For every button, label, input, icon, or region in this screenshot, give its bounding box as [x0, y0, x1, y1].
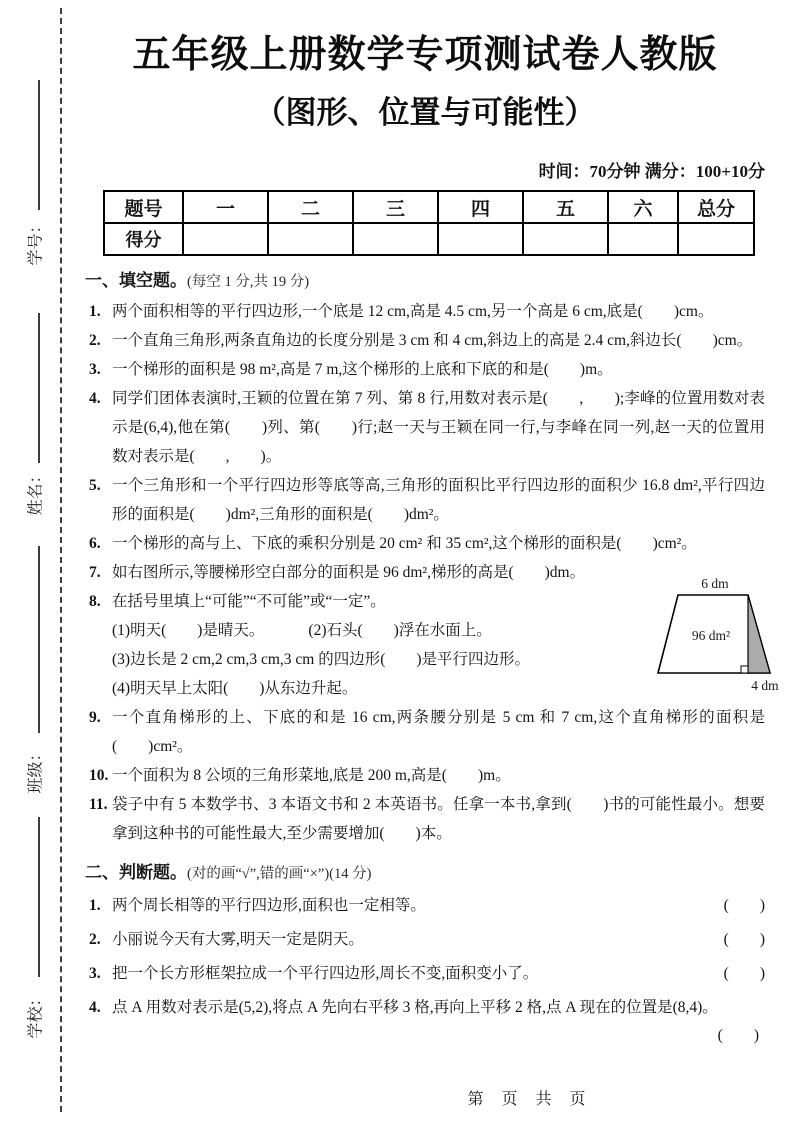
question-text: 点 A 用数对表示是(5,2),将点 A 先向右平移 3 格,再向上平移 2 格…	[112, 999, 718, 1016]
question-number: 9.	[89, 703, 101, 732]
judge-item: 2. 小丽说今天有大雾,明天一定是阴天。 ( )	[85, 923, 765, 957]
question-number: 2.	[89, 923, 101, 957]
section-judge-note: (对的画“√”,错的画“×”)(14 分)	[187, 866, 371, 882]
school-blank-line	[38, 817, 40, 977]
question-number: 8.	[89, 587, 101, 616]
question-number: 10.	[89, 761, 108, 790]
section-fill-title: 一、填空题。	[85, 271, 187, 290]
question-text: 袋子中有 5 本数学书、3 本语文书和 2 本英语书。任拿一本书,拿到( )书的…	[112, 796, 765, 842]
question-text: 一个梯形的高与上、下底的乘积分别是 20 cm² 和 35 cm²,这个梯形的面…	[112, 535, 697, 552]
question-item: 11. 袋子中有 5 本数学书、3 本语文书和 2 本英语书。任拿一本书,拿到(…	[85, 790, 765, 848]
sub-question: (4)明天早上太阳( )从东边升起。	[112, 674, 357, 703]
question-number: 4.	[89, 384, 101, 413]
judge-item: 3. 把一个长方形框架拉成一个平行四边形,周长不变,面积变小了。 ( )	[85, 957, 765, 991]
score-cell	[353, 223, 438, 255]
score-header-cell: 四	[438, 191, 523, 223]
page-footer: 第 页 共 页	[420, 1086, 640, 1109]
score-header-cell: 总分	[678, 191, 754, 223]
answer-bracket: ( )	[112, 1025, 765, 1047]
class-label: 班级：	[23, 744, 46, 796]
question-text: 如右图所示,等腰梯形空白部分的面积是 96 dm²,梯形的高是( )dm。	[112, 564, 585, 581]
figure-top-dimension-label: 6 dm	[701, 576, 729, 591]
name-blank-line	[38, 313, 40, 463]
answer-bracket: ( )	[703, 889, 765, 923]
question-text: 小丽说今天有大雾,明天一定是阴天。	[112, 923, 703, 957]
question-number: 6.	[89, 529, 101, 558]
question-text: 两个周长相等的平行四边形,面积也一定相等。	[112, 889, 703, 923]
score-cell	[608, 223, 678, 255]
score-header-cell: 六	[608, 191, 678, 223]
section-judge-heading: 二、判断题。(对的画“√”,错的画“×”)(14 分)	[85, 858, 765, 889]
question-number: 3.	[89, 957, 101, 991]
question-number: 4.	[89, 991, 101, 1025]
student-no-blank-line	[38, 80, 40, 210]
score-cell	[183, 223, 268, 255]
question-text: 把一个长方形框架拉成一个平行四边形,周长不变,面积变小了。	[112, 957, 703, 991]
page-subtitle: （图形、位置与可能性）	[85, 92, 765, 134]
answer-bracket: ( )	[703, 957, 765, 991]
question-item: 2. 一个直角三角形,两条直角边的长度分别是 3 cm 和 4 cm,斜边上的高…	[85, 326, 765, 355]
question-item: 3. 一个梯形的面积是 98 m²,高是 7 m,这个梯形的上底和下底的和是( …	[85, 355, 765, 384]
judge-item: 4. 点 A 用数对表示是(5,2),将点 A 先向右平移 3 格,再向上平移 …	[85, 991, 765, 1047]
sub-question: (2)石头( )浮在水面上。	[308, 616, 491, 645]
question-item: 10. 一个面积为 8 公顷的三角形菜地,底是 200 m,高是( )m。	[85, 761, 765, 790]
school-label: 学校：	[23, 989, 46, 1041]
sub-question: (3)边长是 2 cm,2 cm,3 cm,3 cm 的四边形( )是平行四边形…	[112, 645, 530, 674]
question-text: 同学们团体表演时,王颖的位置在第 7 列、第 8 行,用数对表示是( , );李…	[112, 390, 765, 465]
section-judge-title: 二、判断题。	[85, 863, 187, 882]
time-score-info: 时间：70分钟 满分：100+10分	[85, 160, 765, 184]
test-paper: 五年级上册数学专项测试卷人教版 （图形、位置与可能性） 时间：70分钟 满分：1…	[85, 30, 765, 1047]
question-text: 两个面积相等的平行四边形,一个底是 12 cm,高是 4.5 cm,另一个高是 …	[112, 303, 713, 320]
question-item: 9. 一个直角梯形的上、下底的和是 16 cm,两条腰分别是 5 cm 和 7 …	[85, 703, 765, 761]
score-header-cell: 二	[268, 191, 353, 223]
question-item: 8. 在括号里填上“可能”“不可能”或“一定”。 (1)明天( )是晴天。(2)…	[85, 587, 625, 703]
question-item: 1. 两个面积相等的平行四边形,一个底是 12 cm,高是 4.5 cm,另一个…	[85, 297, 765, 326]
class-blank-line	[38, 546, 40, 733]
score-cell	[268, 223, 353, 255]
section-fill-heading: 一、填空题。(每空 1 分,共 19 分)	[85, 266, 765, 297]
figure-area-label: 96 dm²	[692, 628, 730, 643]
question-item: 4. 同学们团体表演时,王颖的位置在第 7 列、第 8 行,用数对表示是( , …	[85, 384, 765, 471]
question-sub-items: (1)明天( )是晴天。(2)石头( )浮在水面上。(3)边长是 2 cm,2 …	[112, 616, 625, 703]
score-header-cell: 三	[353, 191, 438, 223]
question-text: 一个面积为 8 公顷的三角形菜地,底是 200 m,高是( )m。	[112, 767, 511, 784]
sub-question: (1)明天( )是晴天。	[112, 616, 264, 645]
question-number: 1.	[89, 297, 101, 326]
score-header-cell: 五	[523, 191, 608, 223]
section-judge: 二、判断题。(对的画“√”,错的画“×”)(14 分) 1. 两个周长相等的平行…	[85, 858, 765, 1047]
score-cell	[438, 223, 523, 255]
trapezoid-svg: 6 dm 96 dm² 4 dm	[645, 572, 793, 700]
shaded-triangle	[748, 595, 770, 673]
seal-dashed-line	[60, 8, 62, 1112]
score-cell	[523, 223, 608, 255]
section-fill-note: (每空 1 分,共 19 分)	[187, 274, 309, 290]
figure-bottom-dimension-label: 4 dm	[751, 678, 779, 693]
trapezoid-figure: 6 dm 96 dm² 4 dm	[645, 572, 793, 700]
name-label: 姓名：	[23, 466, 46, 518]
score-cell	[678, 223, 754, 255]
question-number: 5.	[89, 471, 101, 500]
question-text: 在括号里填上“可能”“不可能”或“一定”。	[112, 593, 386, 610]
question-number: 11.	[89, 790, 108, 819]
question-text: 一个直角梯形的上、下底的和是 16 cm,两条腰分别是 5 cm 和 7 cm,…	[112, 709, 765, 755]
question-item: 5. 一个三角形和一个平行四边形等底等高,三角形的面积比平行四边形的面积少 16…	[85, 471, 765, 529]
question-text: 一个直角三角形,两条直角边的长度分别是 3 cm 和 4 cm,斜边上的高是 2…	[112, 332, 752, 349]
student-no-label: 学号：	[23, 216, 46, 268]
page-title: 五年级上册数学专项测试卷人教版	[85, 30, 765, 80]
score-table: 题号 一 二 三 四 五 六 总分 得分	[103, 190, 755, 256]
question-text: 一个梯形的面积是 98 m²,高是 7 m,这个梯形的上底和下底的和是( )m。	[112, 361, 613, 378]
score-table-score-row: 得分	[104, 223, 754, 255]
right-angle-marker	[741, 666, 748, 673]
question-number: 1.	[89, 889, 101, 923]
score-header-cell: 题号	[104, 191, 183, 223]
score-header-cell: 一	[183, 191, 268, 223]
question-number: 7.	[89, 558, 101, 587]
judge-item: 1. 两个周长相等的平行四边形,面积也一定相等。 ( )	[85, 889, 765, 923]
question-number: 3.	[89, 355, 101, 384]
question-item: 7. 如右图所示,等腰梯形空白部分的面积是 96 dm²,梯形的高是( )dm。	[85, 558, 625, 587]
answer-bracket: ( )	[703, 923, 765, 957]
score-row-label: 得分	[104, 223, 183, 255]
question-number: 2.	[89, 326, 101, 355]
question-item: 6. 一个梯形的高与上、下底的乘积分别是 20 cm² 和 35 cm²,这个梯…	[85, 529, 765, 558]
score-table-header-row: 题号 一 二 三 四 五 六 总分	[104, 191, 754, 223]
question-text: 一个三角形和一个平行四边形等底等高,三角形的面积比平行四边形的面积少 16.8 …	[112, 477, 765, 523]
